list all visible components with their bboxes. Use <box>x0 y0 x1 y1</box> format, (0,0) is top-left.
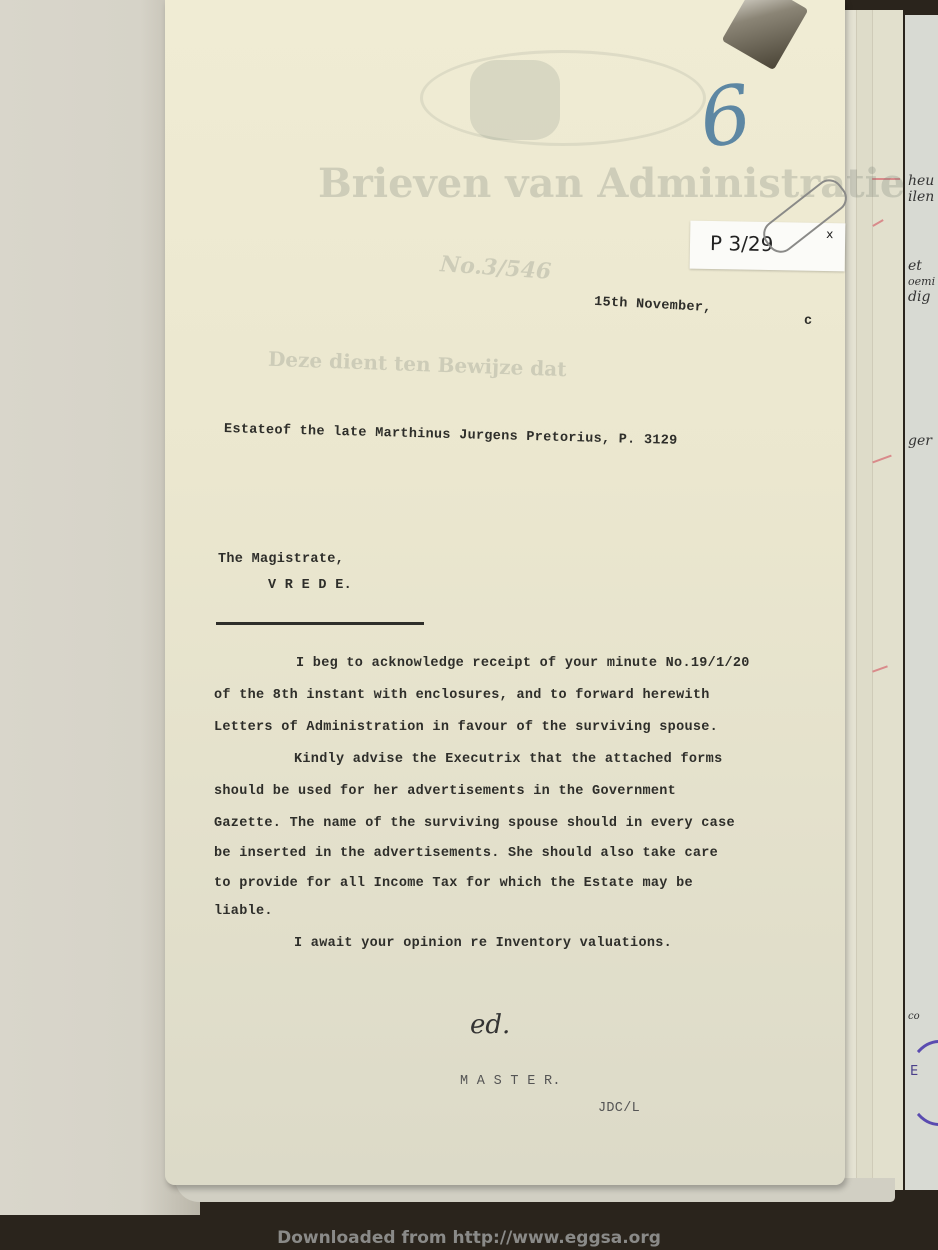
handwriting-fragment: heu <box>908 175 934 188</box>
separator-rule <box>216 622 424 625</box>
body-line: I beg to acknowledge receipt of your min… <box>296 656 750 671</box>
handwriting-fragment: dig <box>908 291 930 304</box>
body-line: Gazette. The name of the surviving spous… <box>214 816 735 831</box>
reference-code: JDC/L <box>598 1101 640 1116</box>
addressee-line-1: The Magistrate, <box>218 552 344 567</box>
body-line: liable. <box>214 904 273 919</box>
body-line: should be used for her advertisements in… <box>214 784 676 799</box>
signature-initials: ed. <box>470 1010 510 1040</box>
signature-title: M A S T E R. <box>460 1074 561 1089</box>
date-suffix: c <box>804 314 812 329</box>
handwriting-fragment: co <box>908 1010 920 1023</box>
coat-of-arms-watermark-icon <box>420 50 706 146</box>
body-line: be inserted in the advertisements. She s… <box>214 846 718 861</box>
crest-emblem-icon <box>470 60 560 140</box>
body-line: I await your opinion re Inventory valuat… <box>294 936 672 951</box>
handwriting-fragment: ger <box>908 435 932 448</box>
body-line: Kindly advise the Executrix that the att… <box>294 752 722 767</box>
handwriting-fragment: et <box>908 260 922 273</box>
body-line: of the 8th instant with enclosures, and … <box>214 688 710 703</box>
body-line: to provide for all Income Tax for which … <box>214 876 693 891</box>
handwriting-fragment: ilen <box>908 191 934 204</box>
handwriting-fragment: oemi <box>908 275 935 288</box>
adjacent-handwritten-sheet: heu ilen et oemi dig ger co E <box>905 15 938 1190</box>
file-tag-mark: x <box>826 227 833 241</box>
source-credit: Downloaded from http://www.eggsa.org <box>0 1228 938 1248</box>
addressee-line-2: V R E D E. <box>268 578 352 593</box>
body-line: Letters of Administration in favour of t… <box>214 720 718 735</box>
